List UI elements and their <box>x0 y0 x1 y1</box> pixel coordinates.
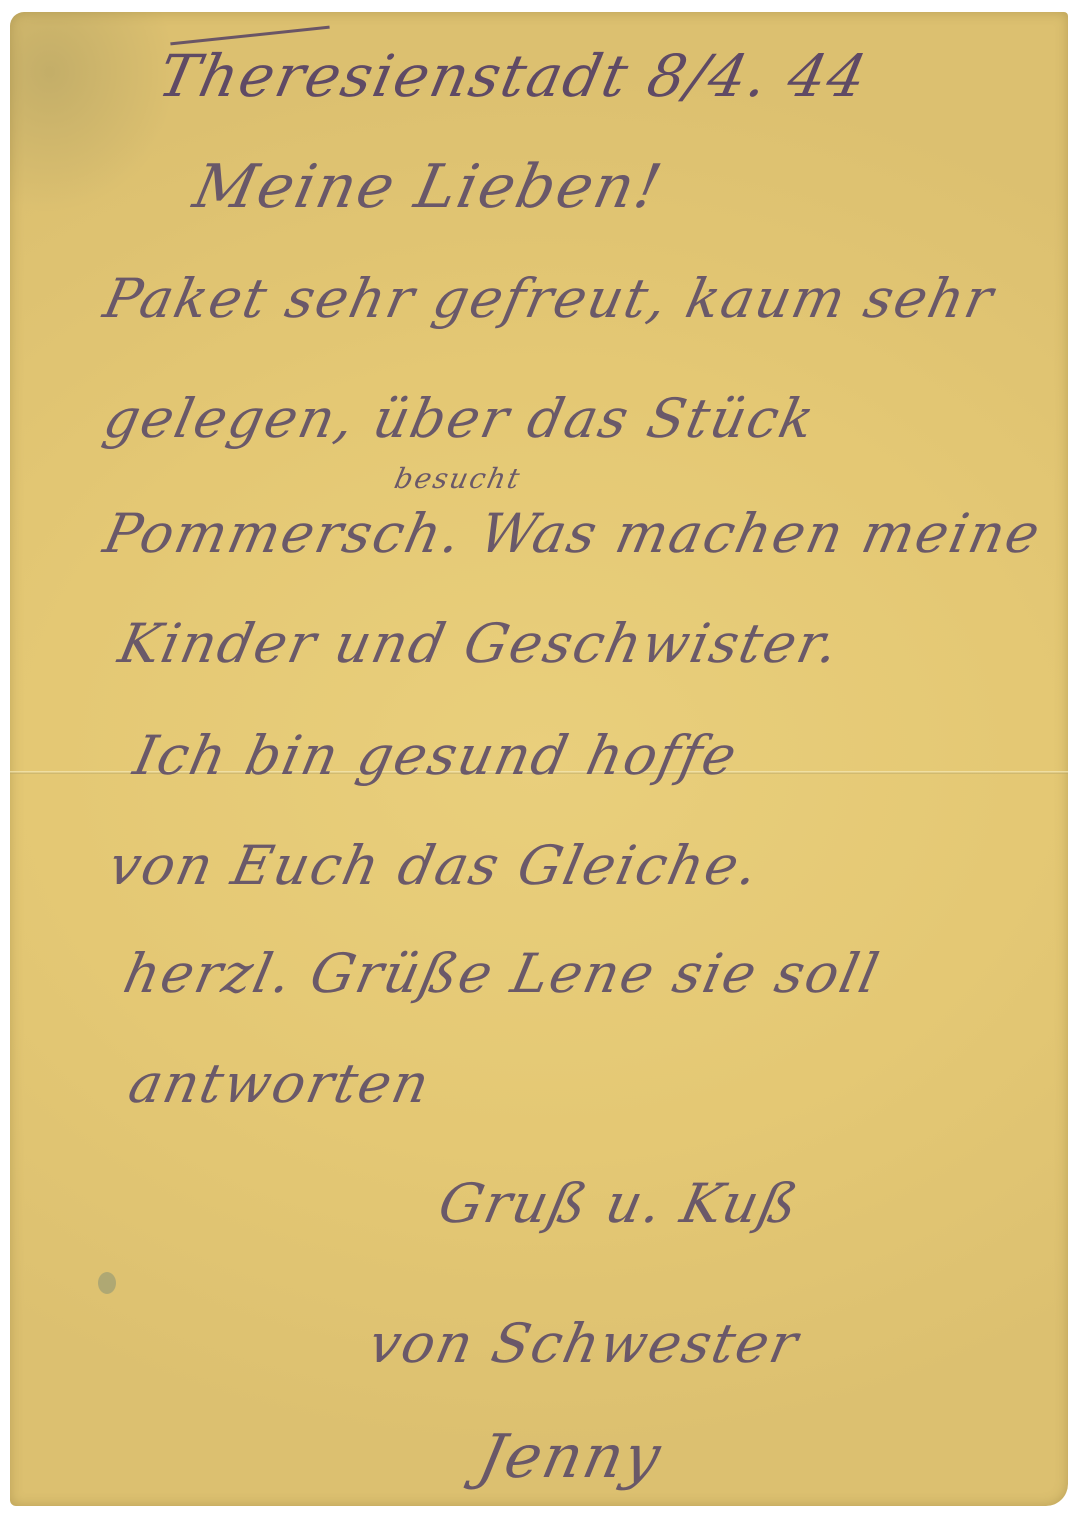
greeting: Meine Lieben! <box>188 152 669 222</box>
place-date-line: Theresienstadt 8/4. 44 <box>153 42 874 110</box>
letter-card: Theresienstadt 8/4. 44 Meine Lieben! Pak… <box>10 12 1068 1506</box>
closing-line-2: von Schwester <box>363 1312 805 1375</box>
body-line-6: von Euch das Gleiche. <box>103 834 765 897</box>
body-line-3: Pommersch. Was machen meine <box>98 502 1047 565</box>
ink-stain <box>98 1272 116 1294</box>
body-line-7: herzl. Grüße Lene sie soll <box>118 942 886 1005</box>
body-line-8: antworten <box>123 1052 436 1115</box>
signature: Jenny <box>473 1422 669 1492</box>
body-line-5: Ich bin gesund hoffe <box>128 724 743 787</box>
body-line-4: Kinder und Geschwister. <box>113 612 845 675</box>
body-line-1: Paket sehr gefreut, kaum sehr <box>98 267 1000 330</box>
body-line-2: gelegen, über das Stück <box>98 387 821 450</box>
closing-line-1: Gruß u. Kuß <box>433 1172 804 1235</box>
inserted-word: besucht <box>391 462 524 495</box>
